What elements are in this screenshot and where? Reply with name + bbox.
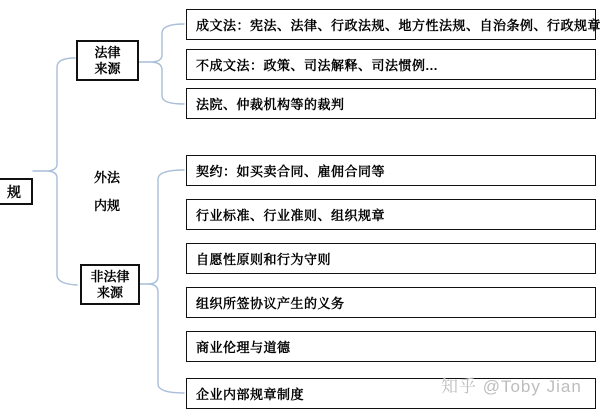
root-node-label: 规 <box>7 182 21 202</box>
leaf-business-ethics: 商业伦理与道德 <box>186 331 596 362</box>
leaf-industry-standards: 行业标准、行业准则、组织规章 <box>186 199 596 230</box>
leaf-voluntary-principles: 自愿性原则和行为守则 <box>186 243 596 274</box>
nonlegal-brace <box>148 170 184 393</box>
leaf-court-arbitration-rulings: 法院、仲裁机构等的裁判 <box>186 88 596 119</box>
leaf-unwritten-law: 不成文法：政策、司法解释、司法惯例... <box>186 49 596 80</box>
node-legal-label-line2: 来源 <box>94 61 120 77</box>
root-brace <box>46 58 77 285</box>
node-legal-sources: 法律 来源 <box>76 40 139 81</box>
leaf-statutory-law: 成文法：宪法、法律、行政法规、地方性法规、自治条例、行政规章... <box>186 9 596 40</box>
node-nonlegal-sources: 非法律 来源 <box>80 264 140 305</box>
zhihu-watermark: 知乎 @Toby Jian <box>441 372 582 397</box>
node-nonlegal-label-line2: 来源 <box>97 285 123 301</box>
node-nonlegal-label-line1: 非法律 <box>90 269 129 285</box>
label-external-law: 外法 <box>94 167 128 186</box>
node-legal-label-line1: 法律 <box>94 45 120 61</box>
legal-brace <box>150 24 184 104</box>
root-node: 规 <box>0 178 33 205</box>
label-internal-rules: 内规 <box>94 195 128 214</box>
leaf-agreement-obligations: 组织所签协议产生的义务 <box>186 287 596 318</box>
leaf-contracts: 契约：如买卖合同、雇佣合同等 <box>186 155 596 186</box>
mindmap-canvas: 规 法律 来源 非法律 来源 外法 内规 成文法：宪法、法律、行政法规、地方性法… <box>0 0 600 414</box>
